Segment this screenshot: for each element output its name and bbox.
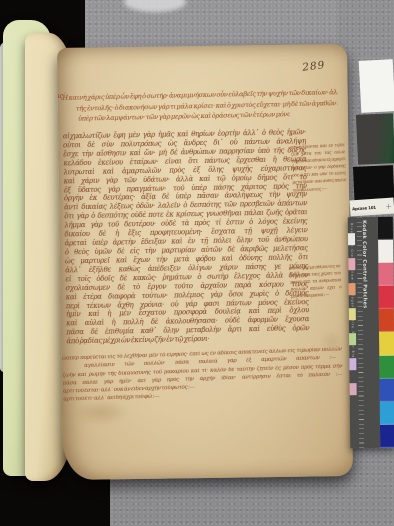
registration-label-text: Apcase 101 bbox=[352, 204, 376, 211]
color-chip bbox=[349, 333, 356, 345]
kodak-color-control-strip: Blue Cyan Green Yellow Red Magenta White… bbox=[348, 217, 394, 448]
color-chip bbox=[348, 258, 355, 270]
color-patch bbox=[378, 217, 393, 240]
color-patch bbox=[379, 332, 394, 355]
folio-number: 289 bbox=[302, 59, 326, 74]
manuscript-photo: τῶ Τ·γρ μϛω δᾶς·ὅτιμετἔδωἁπλργεηλθκνωτθε… bbox=[0, 0, 394, 526]
header-text-block: ιϛ´ Ἡ καινὴ χάρις ὑπὲρ ὧν ἔφη ὁ σωτήρ· ἀ… bbox=[62, 88, 339, 126]
color-patch bbox=[380, 402, 394, 425]
margin-note-line: μόνον θαυμάσαι :— bbox=[291, 293, 342, 303]
manuscript-page: 289 ιϛ´ Ἡ καινὴ χάρις ὑπὲρ ὧν ἔφη ὁ σωτή… bbox=[57, 44, 353, 480]
margin-note-upper: ὅτι κρίνονται καὶ ἐν τῷδεζῶν μετὰ τοῦ τὰ… bbox=[291, 143, 347, 195]
color-chip bbox=[350, 383, 357, 395]
grayscale-patch-white bbox=[359, 59, 394, 113]
margin-note-lower: ὅτι οὐ γάρ με ἀθῷον εἰς ὃνθεῖον τινα ταῖ… bbox=[289, 264, 342, 302]
footer-scholia-block: ὥσπερ πορεύεται εἰς τὸ λεχθῆναι μὲν τὸ ε… bbox=[62, 346, 343, 405]
kodak-color-patches bbox=[378, 217, 394, 448]
color-chip bbox=[349, 358, 356, 370]
color-chip bbox=[348, 283, 355, 295]
grayscale-patch-gray bbox=[356, 113, 394, 165]
kodak-strip-title: Kodak Color Control Patches bbox=[361, 220, 369, 445]
color-patch bbox=[379, 309, 394, 332]
color-patch bbox=[378, 240, 393, 263]
margin-note-line: τῶν ἄλλων εἰς :— bbox=[293, 186, 347, 196]
parchment-stain bbox=[72, 399, 130, 426]
color-patch bbox=[379, 378, 394, 401]
chapter-number-marker: ιϛ´ bbox=[58, 93, 66, 100]
color-patch bbox=[379, 355, 394, 378]
main-text-block: αἰχμαλωτίζων ἔφη μὲν γὰρ ἡμᾶς καὶ θηρίων… bbox=[63, 128, 310, 346]
color-chip bbox=[349, 308, 356, 320]
color-patch bbox=[380, 425, 394, 448]
registration-label: Apcase 101 + bbox=[349, 197, 394, 216]
color-patch bbox=[379, 286, 394, 309]
color-patch bbox=[378, 263, 393, 286]
color-chip bbox=[348, 233, 355, 245]
crosshair-icon: + bbox=[385, 201, 392, 210]
